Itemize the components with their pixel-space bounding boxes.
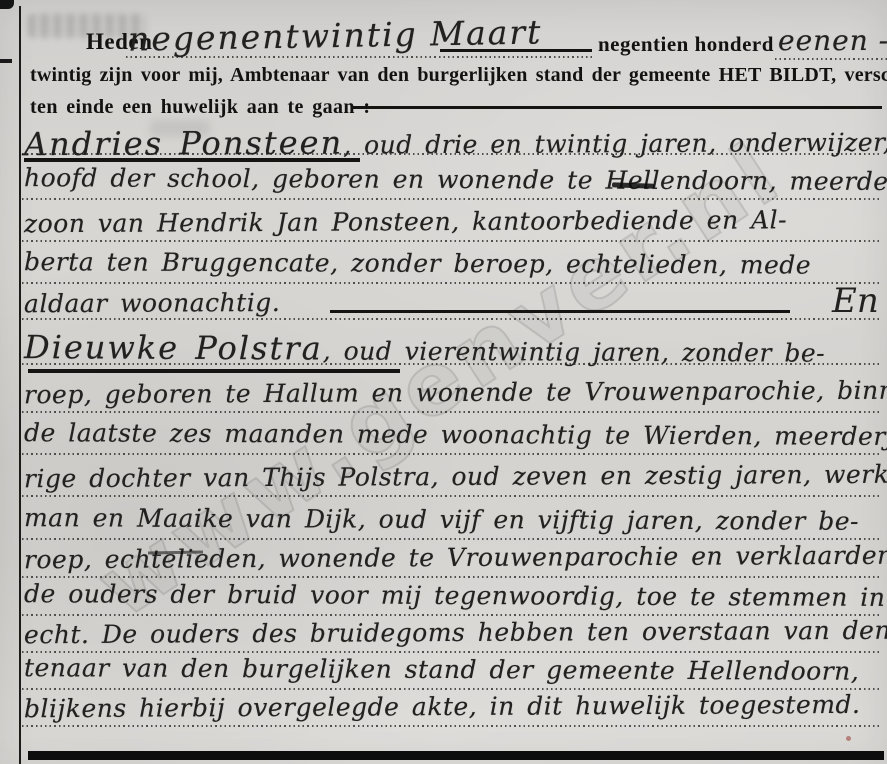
handwritten-year-part: eenen - [778,24,887,57]
printed-line-2: twintig zijn voor mij, Ambtenaar van den… [30,64,887,87]
handwritten-line: de ouders der bruid voor mij tegenwoordi… [24,579,882,612]
handwritten-line: de laatste zes maanden mede woonachtig t… [24,418,882,451]
dotted-guide-line [22,725,882,727]
dotted-guide-line [22,153,882,155]
scan-edge-mark [0,59,12,63]
section-separator-bar [28,751,884,760]
dotted-guide-line [22,411,882,413]
dotted-guide-line [775,58,887,60]
dotted-guide-line [22,282,882,284]
handwritten-line: man en Maaike van Dijk, oud vijf en vijf… [24,503,882,536]
dotted-guide-line [126,56,592,58]
handwritten-line: tenaar van den burgelijken stand der gem… [24,653,882,686]
handwritten-line: rige dochter van Thijs Polstra, oud zeve… [24,460,882,493]
dotted-guide-line [22,495,882,497]
handwritten-line: berta ten Bruggencate, zonder beroep, ec… [24,247,882,280]
marriage-record-scan: www.genver.nl Heden negenentwintig Maart… [0,0,887,764]
scan-corner-artifact [0,0,14,9]
handwritten-line: zoon van Hendrik Jan Ponsteen, kantoorbe… [24,205,882,238]
header-rule [352,106,882,109]
handwritten-line: roep, echtelieden, wonende te Vrouwenpar… [24,541,882,574]
dotted-guide-line [22,576,882,578]
handwritten-line: roep, geboren te Hallum en wonende te Vr… [24,376,882,409]
handwritten-line: Andries Ponsteen, oud drie en twintig ja… [24,121,882,163]
bride-name-underline [28,369,400,373]
margin-rule-line [19,6,21,764]
printed-negentien-honderd: negentien honderd [598,32,774,57]
groom-name-underline [24,158,360,162]
handwritten-line: echt. De ouders des bruidegoms hebben te… [24,616,882,649]
dotted-guide-line [22,538,882,540]
ink-dot-artifact [846,736,851,741]
dotted-guide-line [22,198,882,200]
dotted-guide-line [22,318,882,320]
handwritten-en: En [832,281,879,321]
handwritten-line: blijkens hierbij overgelegde akte, in di… [24,690,882,723]
handwritten-line: hoofd der school, geboren en wonende te … [24,163,882,196]
bride-name: Dieuwke Polstra [24,328,323,367]
fill-rule [440,49,592,52]
fill-rule [330,310,790,313]
dotted-guide-line [22,240,882,242]
dotted-guide-line [22,453,882,455]
dotted-guide-line [22,363,882,365]
handwritten-line: aldaar woonachtig. [24,285,882,318]
printed-line-3: ten einde een huwelijk aan te gaan : [30,96,370,119]
